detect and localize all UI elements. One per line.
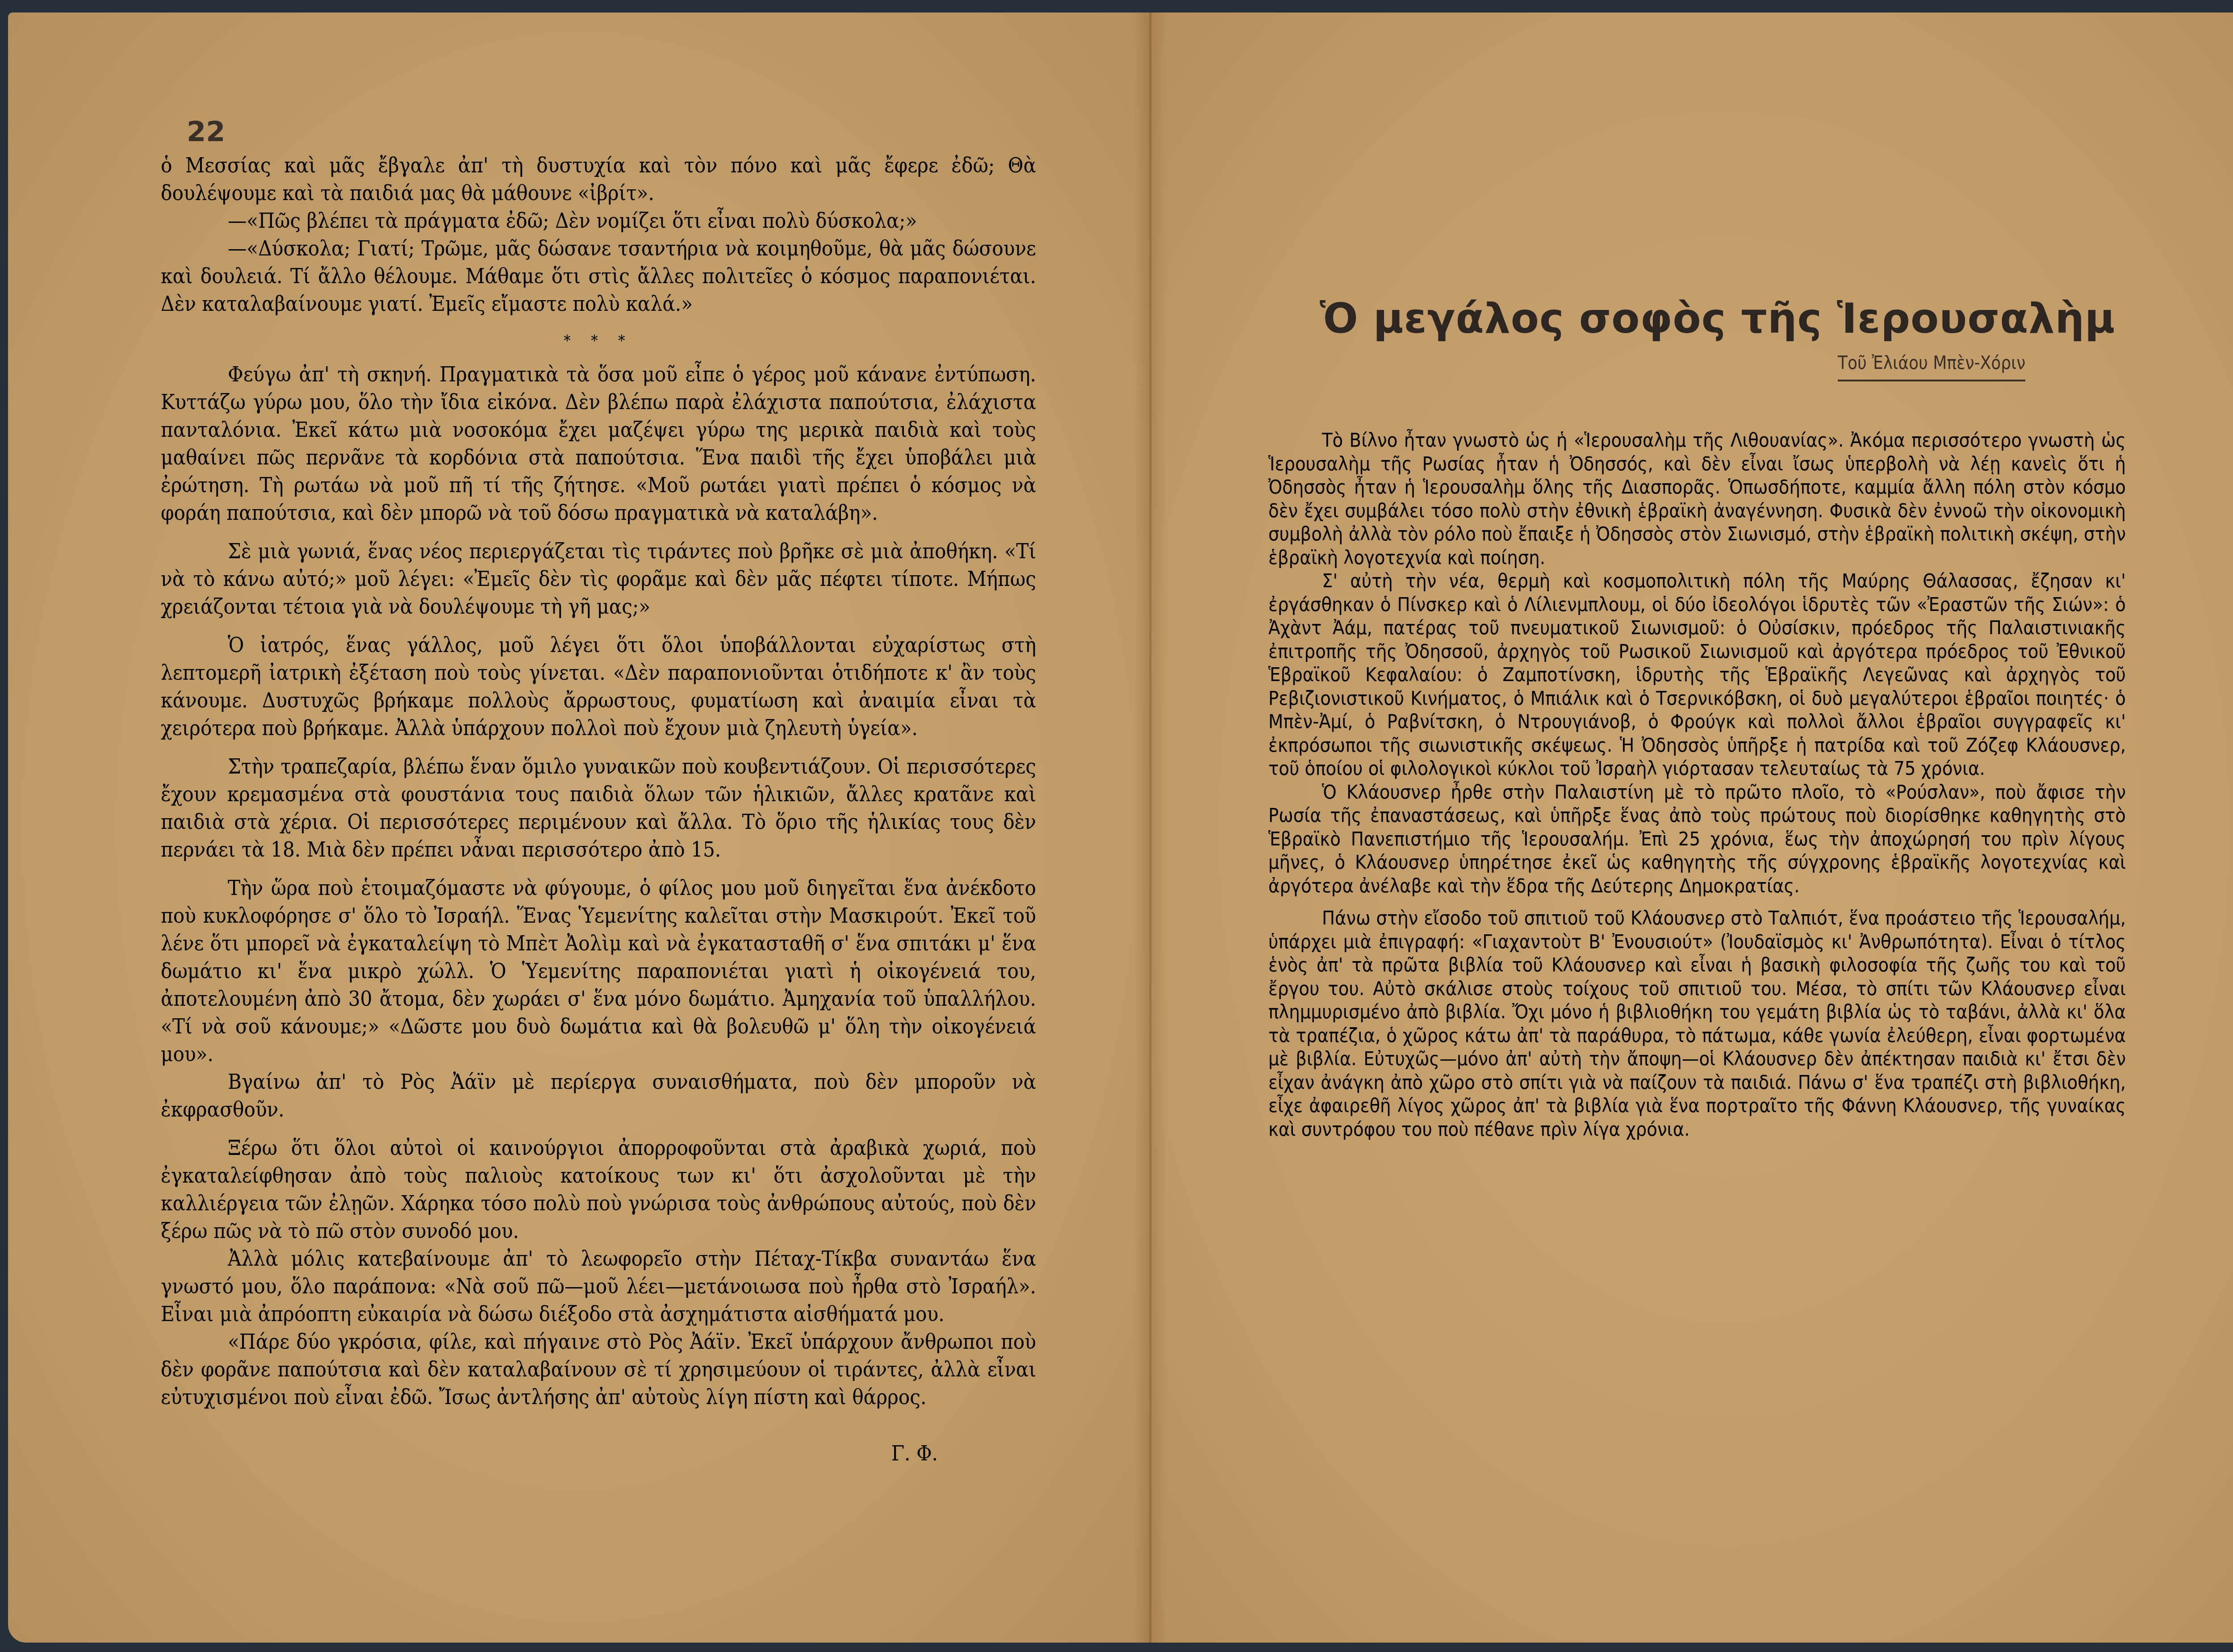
paragraph: Σ' αὐτὴ τὴν νέα, θερμὴ καὶ κοσμοπολιτικὴ… bbox=[1268, 569, 2126, 781]
paragraph: Τὸ Βίλνο ἦταν γνωστὸ ὡς ἡ «Ἱερουσαλὴμ τῆ… bbox=[1268, 429, 2126, 569]
section-separator: * * * bbox=[161, 327, 1036, 355]
paragraph: Ὁ ἰατρός, ἕνας γάλλος, μοῦ λέγει ὅτι ὅλο… bbox=[161, 632, 1036, 742]
paragraph: Σὲ μιὰ γωνιά, ἕνας νέος περιεργάζεται τὶ… bbox=[161, 538, 1036, 621]
paragraph: Στὴν τραπεζαρία, βλέπω ἕναν ὅμιλο γυναικ… bbox=[161, 753, 1036, 864]
article-byline: Τοῦ Ἐλιάου Μπὲν-Χόριν bbox=[1838, 353, 2025, 381]
article-title: Ὁ μεγάλος σοφὸς τῆς Ἱερουσαλὴμ bbox=[1320, 295, 2116, 343]
page-number: 22 bbox=[187, 115, 225, 148]
paragraph: Ξέρω ὅτι ὅλοι αὐτοὶ οἱ καινούργιοι ἀπορρ… bbox=[161, 1134, 1036, 1245]
paragraph: «Πάρε δύο γκρόσια, φίλε, καὶ πήγαινε στὸ… bbox=[161, 1328, 1036, 1411]
paragraph: Πάνω στὴν εἴσοδο τοῦ σπιτιοῦ τοῦ Κλάουσν… bbox=[1268, 907, 2126, 1141]
paragraph: Ὁ Κλάουσνερ ἦρθε στὴν Παλαιστίνη μὲ τὸ π… bbox=[1268, 781, 2126, 898]
paragraph: Φεύγω ἀπ' τὴ σκηνή. Πραγματικὰ τὰ ὅσα μο… bbox=[161, 361, 1036, 527]
right-article-body: Τὸ Βίλνο ἦταν γνωστὸ ὡς ἡ «Ἱερουσαλὴμ τῆ… bbox=[1268, 429, 2126, 1141]
paragraph: —«Πῶς βλέπει τὰ πράγματα ἐδῶ; Δὲν νομίζε… bbox=[161, 207, 1036, 235]
left-article-body: ὁ Μεσσίας καὶ μᾶς ἔβγαλε ἀπ' τὴ δυστυχία… bbox=[161, 152, 1036, 1468]
paragraph: Βγαίνω ἀπ' τὸ Ρὸς Ἀάϊν μὲ περίεργα συναι… bbox=[161, 1068, 1036, 1124]
paragraph: Ἀλλὰ μόλις κατεβαίνουμε ἀπ' τὸ λεωφορεῖο… bbox=[161, 1245, 1036, 1328]
book-gutter bbox=[1134, 13, 1167, 1643]
paragraph: ὁ Μεσσίας καὶ μᾶς ἔβγαλε ἀπ' τὴ δυστυχία… bbox=[161, 152, 1036, 207]
paragraph: —«Δύσκολα; Γιατί; Τρῶμε, μᾶς δώσανε τσαν… bbox=[161, 235, 1036, 318]
author-signature: Γ. Φ. bbox=[161, 1440, 1036, 1468]
paragraph: Τὴν ὥρα ποὺ ἑτοιμαζόμαστε νὰ φύγουμε, ὁ … bbox=[161, 874, 1036, 1068]
